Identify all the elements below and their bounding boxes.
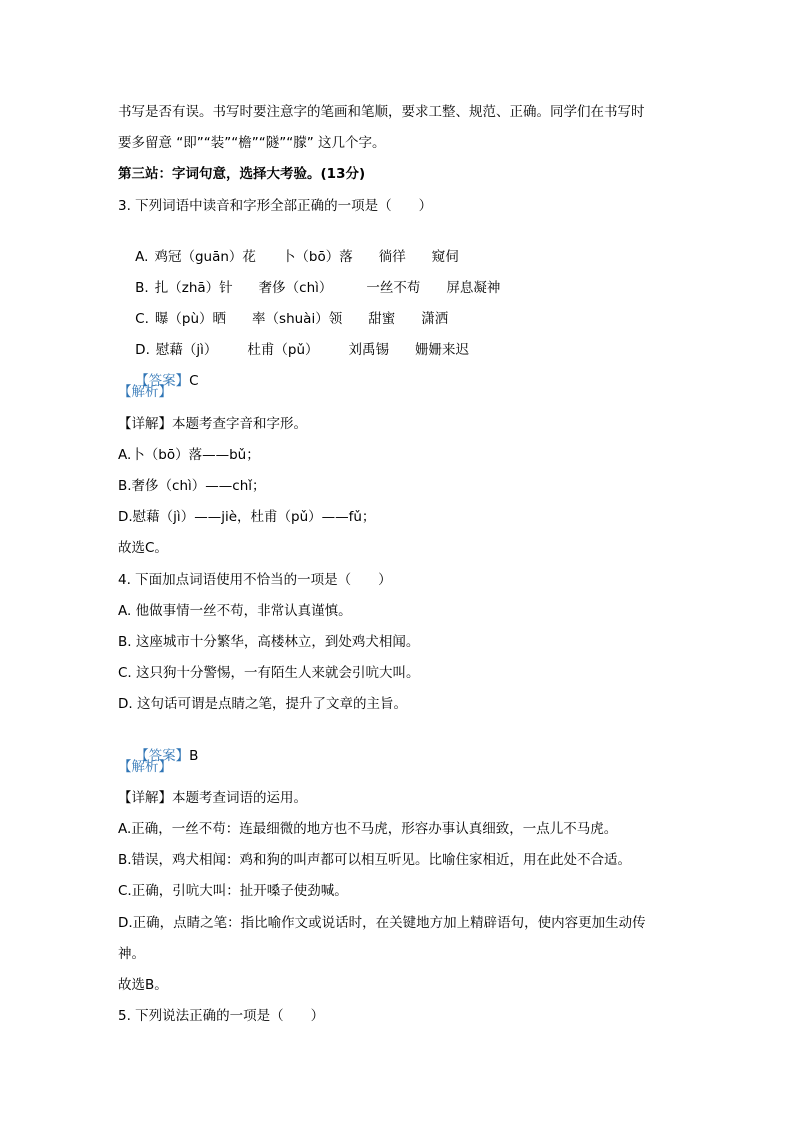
q4-detail: 【详解】本题考查词语的运用。 [118,788,307,808]
option-item: 屏息凝神 [446,280,500,296]
q3-explanation-a: A.卜（bō）落——bǔ； [118,445,260,465]
section-title: 第三站：字词句意，选择大考验。(13分) [118,164,365,184]
q4-explanation-a: A.正确，一丝不苟：连最细微的地方也不马虎，形容办事认真细致，一点儿不马虎。 [118,819,617,839]
answer-value: B [189,748,198,764]
document-page: 书写是否有误。书写时要注意字的笔画和笔顺，要求工整、规范、正确。同学们在书写时 … [0,0,794,1123]
q3-answer: 【答案】C [118,351,199,411]
q4-option-a: A. 他做事情一丝不苟，非常认真谨慎。 [118,601,352,621]
q4-explanation-d: D.正确，点睛之笔：指比喻作文或说话时，在关键地方加上精辟语句，使内容更加生动传 [118,913,646,933]
option-item: 刘禹锡 [349,342,390,358]
option-item: 姗姗来迟 [415,342,469,358]
q4-conclusion: 故选B。 [118,975,168,995]
q3-conclusion: 故选C。 [118,538,168,558]
q4-analysis-tag: 【解析】 [118,757,172,777]
answer-value: C [189,373,198,389]
q4-stem: 4. 下面加点词语使用不恰当的一项是（ ） [118,570,392,590]
q4-option-b: B. 这座城市十分繁华，高楼林立，到处鸡犬相闻。 [118,632,419,652]
q4-option-d: D. 这句话可谓是点睛之笔，提升了文章的主旨。 [118,694,407,714]
option-item: 杜甫（pǔ） [247,342,318,358]
intro-line-1: 书写是否有误。书写时要注意字的笔画和笔顺，要求工整、规范、正确。同学们在书写时 [118,102,645,122]
q4-explanation-c: C.正确，引吭大叫：扯开嗓子使劲喊。 [118,881,348,901]
q3-analysis-tag: 【解析】 [118,382,172,402]
q3-detail: 【详解】本题考查字音和字形。 [118,414,307,434]
q5-stem: 5. 下列说法正确的一项是（ ） [118,1006,324,1026]
q3-stem: 3. 下列词语中读音和字形全部正确的一项是（ ） [118,196,432,216]
q4-answer: 【答案】B [118,726,198,786]
q4-option-c: C. 这只狗十分警惕，一有陌生人来就会引吭大叫。 [118,663,420,683]
intro-line-2: 要多留意 “即”“装”“檐”“隧”“朦” 这几个字。 [118,133,386,153]
q3-explanation-d: D.慰藉（jì）——jiè，杜甫（pǔ）——fǔ； [118,507,375,527]
q3-explanation-b: B.奢侈（chì）——chǐ； [118,476,266,496]
q4-explanation-b: B.错误，鸡犬相闻：鸡和狗的叫声都可以相互听见。比喻住家相近，用在此处不合适。 [118,850,631,870]
q4-explanation-d-cont: 神。 [118,944,145,964]
